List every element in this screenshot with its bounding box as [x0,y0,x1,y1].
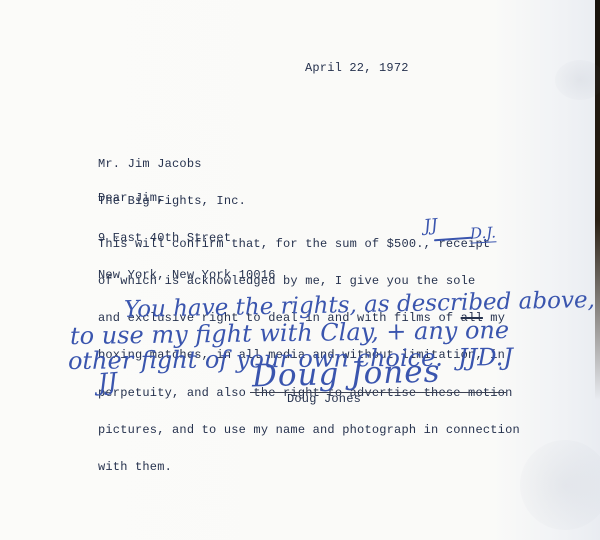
signature: Doug Jones [252,354,441,395]
typed-signature-name: Doug Jones [287,393,361,405]
inline-initials-dj: D.J. [470,223,497,243]
letter-date: April 22, 1972 [305,62,409,74]
salutation: Dear Jim, [98,192,165,204]
paper-smudge [520,440,600,530]
inline-initials-jj: JJ [423,215,439,236]
body-line: of which is acknowledged by me, I give y… [98,275,520,287]
paper-smudge [555,60,600,100]
margin-initials: JJ [97,367,118,396]
body-line: with them. [98,461,520,473]
scanned-letter: April 22, 1972 Mr. Jim Jacobs The Big Fi… [0,0,600,540]
recipient-name: Mr. Jim Jacobs [98,158,276,170]
body-line: pictures, and to use my name and photogr… [98,424,520,436]
scan-edge-shadow [595,0,600,400]
